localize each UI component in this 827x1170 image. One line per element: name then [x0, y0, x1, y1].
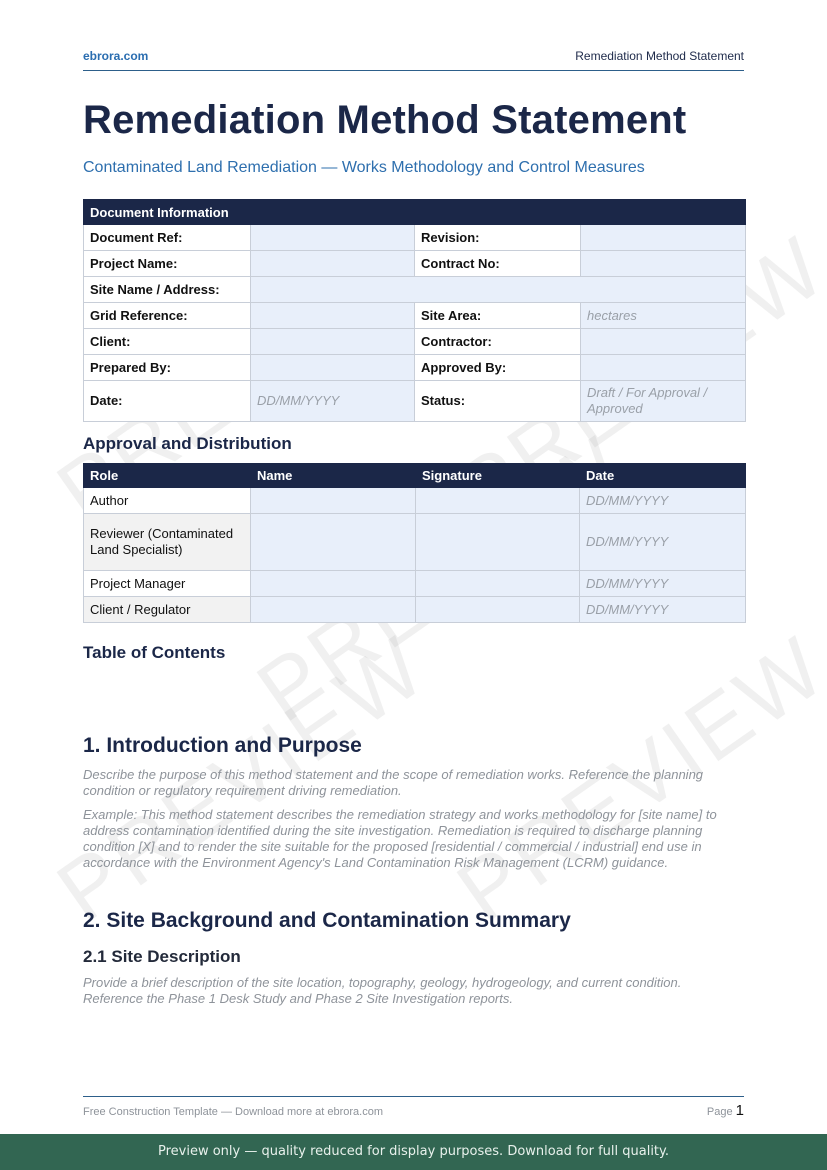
approved-by-field[interactable]: [581, 355, 746, 381]
footer-text: Free Construction Template — Download mo…: [83, 1106, 383, 1118]
field-label: Contract No:: [415, 251, 581, 277]
page-number: 1: [736, 1102, 744, 1119]
section-1-example: Example: This method statement describes…: [83, 807, 744, 871]
grid-reference-field[interactable]: [251, 303, 415, 329]
date-field[interactable]: DD/MM/YYYY: [251, 381, 415, 422]
document-information-table: Document Information Document Ref: Revis…: [83, 199, 746, 422]
field-label: Date:: [84, 381, 251, 422]
page-header: ebrora.com Remediation Method Statement: [83, 48, 744, 71]
section-2-1-guidance: Provide a brief description of the site …: [83, 975, 744, 1007]
section-1-heading: 1. Introduction and Purpose: [83, 734, 362, 758]
name-field[interactable]: [251, 514, 416, 571]
table-row: Site Name / Address:: [84, 277, 746, 303]
field-label: Contractor:: [415, 329, 581, 355]
site-area-field[interactable]: hectares: [581, 303, 746, 329]
page-label: Page: [707, 1106, 733, 1118]
date-field[interactable]: DD/MM/YYYY: [580, 514, 746, 571]
date-field[interactable]: DD/MM/YYYY: [580, 488, 746, 514]
table-heading: Document Information: [84, 200, 746, 225]
approval-table: Role Name Signature Date Author DD/MM/YY…: [83, 463, 746, 623]
signature-field[interactable]: [416, 597, 580, 623]
column-header: Date: [580, 464, 746, 488]
section-2-1-heading: 2.1 Site Description: [83, 947, 241, 967]
header-doc-name: Remediation Method Statement: [575, 49, 744, 63]
field-label: Prepared By:: [84, 355, 251, 381]
page-indicator: Page 1: [707, 1102, 744, 1119]
project-name-field[interactable]: [251, 251, 415, 277]
field-label: Document Ref:: [84, 225, 251, 251]
field-label: Status:: [415, 381, 581, 422]
section-1-guidance: Describe the purpose of this method stat…: [83, 767, 744, 799]
field-label: Client:: [84, 329, 251, 355]
preview-banner: Preview only — quality reduced for displ…: [0, 1134, 827, 1170]
table-header-row: Role Name Signature Date: [84, 464, 746, 488]
revision-field[interactable]: [581, 225, 746, 251]
page-footer: Free Construction Template — Download mo…: [83, 1096, 744, 1121]
table-row: Reviewer (Contaminated Land Specialist) …: [84, 514, 746, 571]
table-row: Project Name: Contract No:: [84, 251, 746, 277]
page-title: Remediation Method Statement: [83, 98, 686, 143]
table-row: Date: DD/MM/YYYY Status: Draft / For App…: [84, 381, 746, 422]
name-field[interactable]: [251, 488, 416, 514]
site-address-field[interactable]: [251, 277, 746, 303]
role-cell: Reviewer (Contaminated Land Specialist): [84, 514, 251, 571]
signature-field[interactable]: [416, 514, 580, 571]
role-cell: Client / Regulator: [84, 597, 251, 623]
name-field[interactable]: [251, 597, 416, 623]
field-label: Project Name:: [84, 251, 251, 277]
table-row: Prepared By: Approved By:: [84, 355, 746, 381]
column-header: Signature: [416, 464, 580, 488]
date-field[interactable]: DD/MM/YYYY: [580, 571, 746, 597]
site-link[interactable]: ebrora.com: [83, 49, 148, 63]
role-cell: Author: [84, 488, 251, 514]
table-row: Client: Contractor:: [84, 329, 746, 355]
approval-heading: Approval and Distribution: [83, 434, 292, 454]
document-ref-field[interactable]: [251, 225, 415, 251]
contract-no-field[interactable]: [581, 251, 746, 277]
table-row: Document Ref: Revision:: [84, 225, 746, 251]
column-header: Name: [251, 464, 416, 488]
section-2-heading: 2. Site Background and Contamination Sum…: [83, 909, 571, 933]
prepared-by-field[interactable]: [251, 355, 415, 381]
client-field[interactable]: [251, 329, 415, 355]
contractor-field[interactable]: [581, 329, 746, 355]
table-row: Project Manager DD/MM/YYYY: [84, 571, 746, 597]
field-label: Approved By:: [415, 355, 581, 381]
signature-field[interactable]: [416, 488, 580, 514]
field-label: Revision:: [415, 225, 581, 251]
date-field[interactable]: DD/MM/YYYY: [580, 597, 746, 623]
field-label: Site Area:: [415, 303, 581, 329]
table-row: Client / Regulator DD/MM/YYYY: [84, 597, 746, 623]
table-row: Author DD/MM/YYYY: [84, 488, 746, 514]
role-cell: Project Manager: [84, 571, 251, 597]
table-row: Grid Reference: Site Area: hectares: [84, 303, 746, 329]
field-label: Site Name / Address:: [84, 277, 251, 303]
field-label: Grid Reference:: [84, 303, 251, 329]
status-field[interactable]: Draft / For Approval / Approved: [581, 381, 746, 422]
toc-heading: Table of Contents: [83, 643, 225, 663]
column-header: Role: [84, 464, 251, 488]
signature-field[interactable]: [416, 571, 580, 597]
name-field[interactable]: [251, 571, 416, 597]
page-subtitle: Contaminated Land Remediation — Works Me…: [83, 159, 645, 177]
